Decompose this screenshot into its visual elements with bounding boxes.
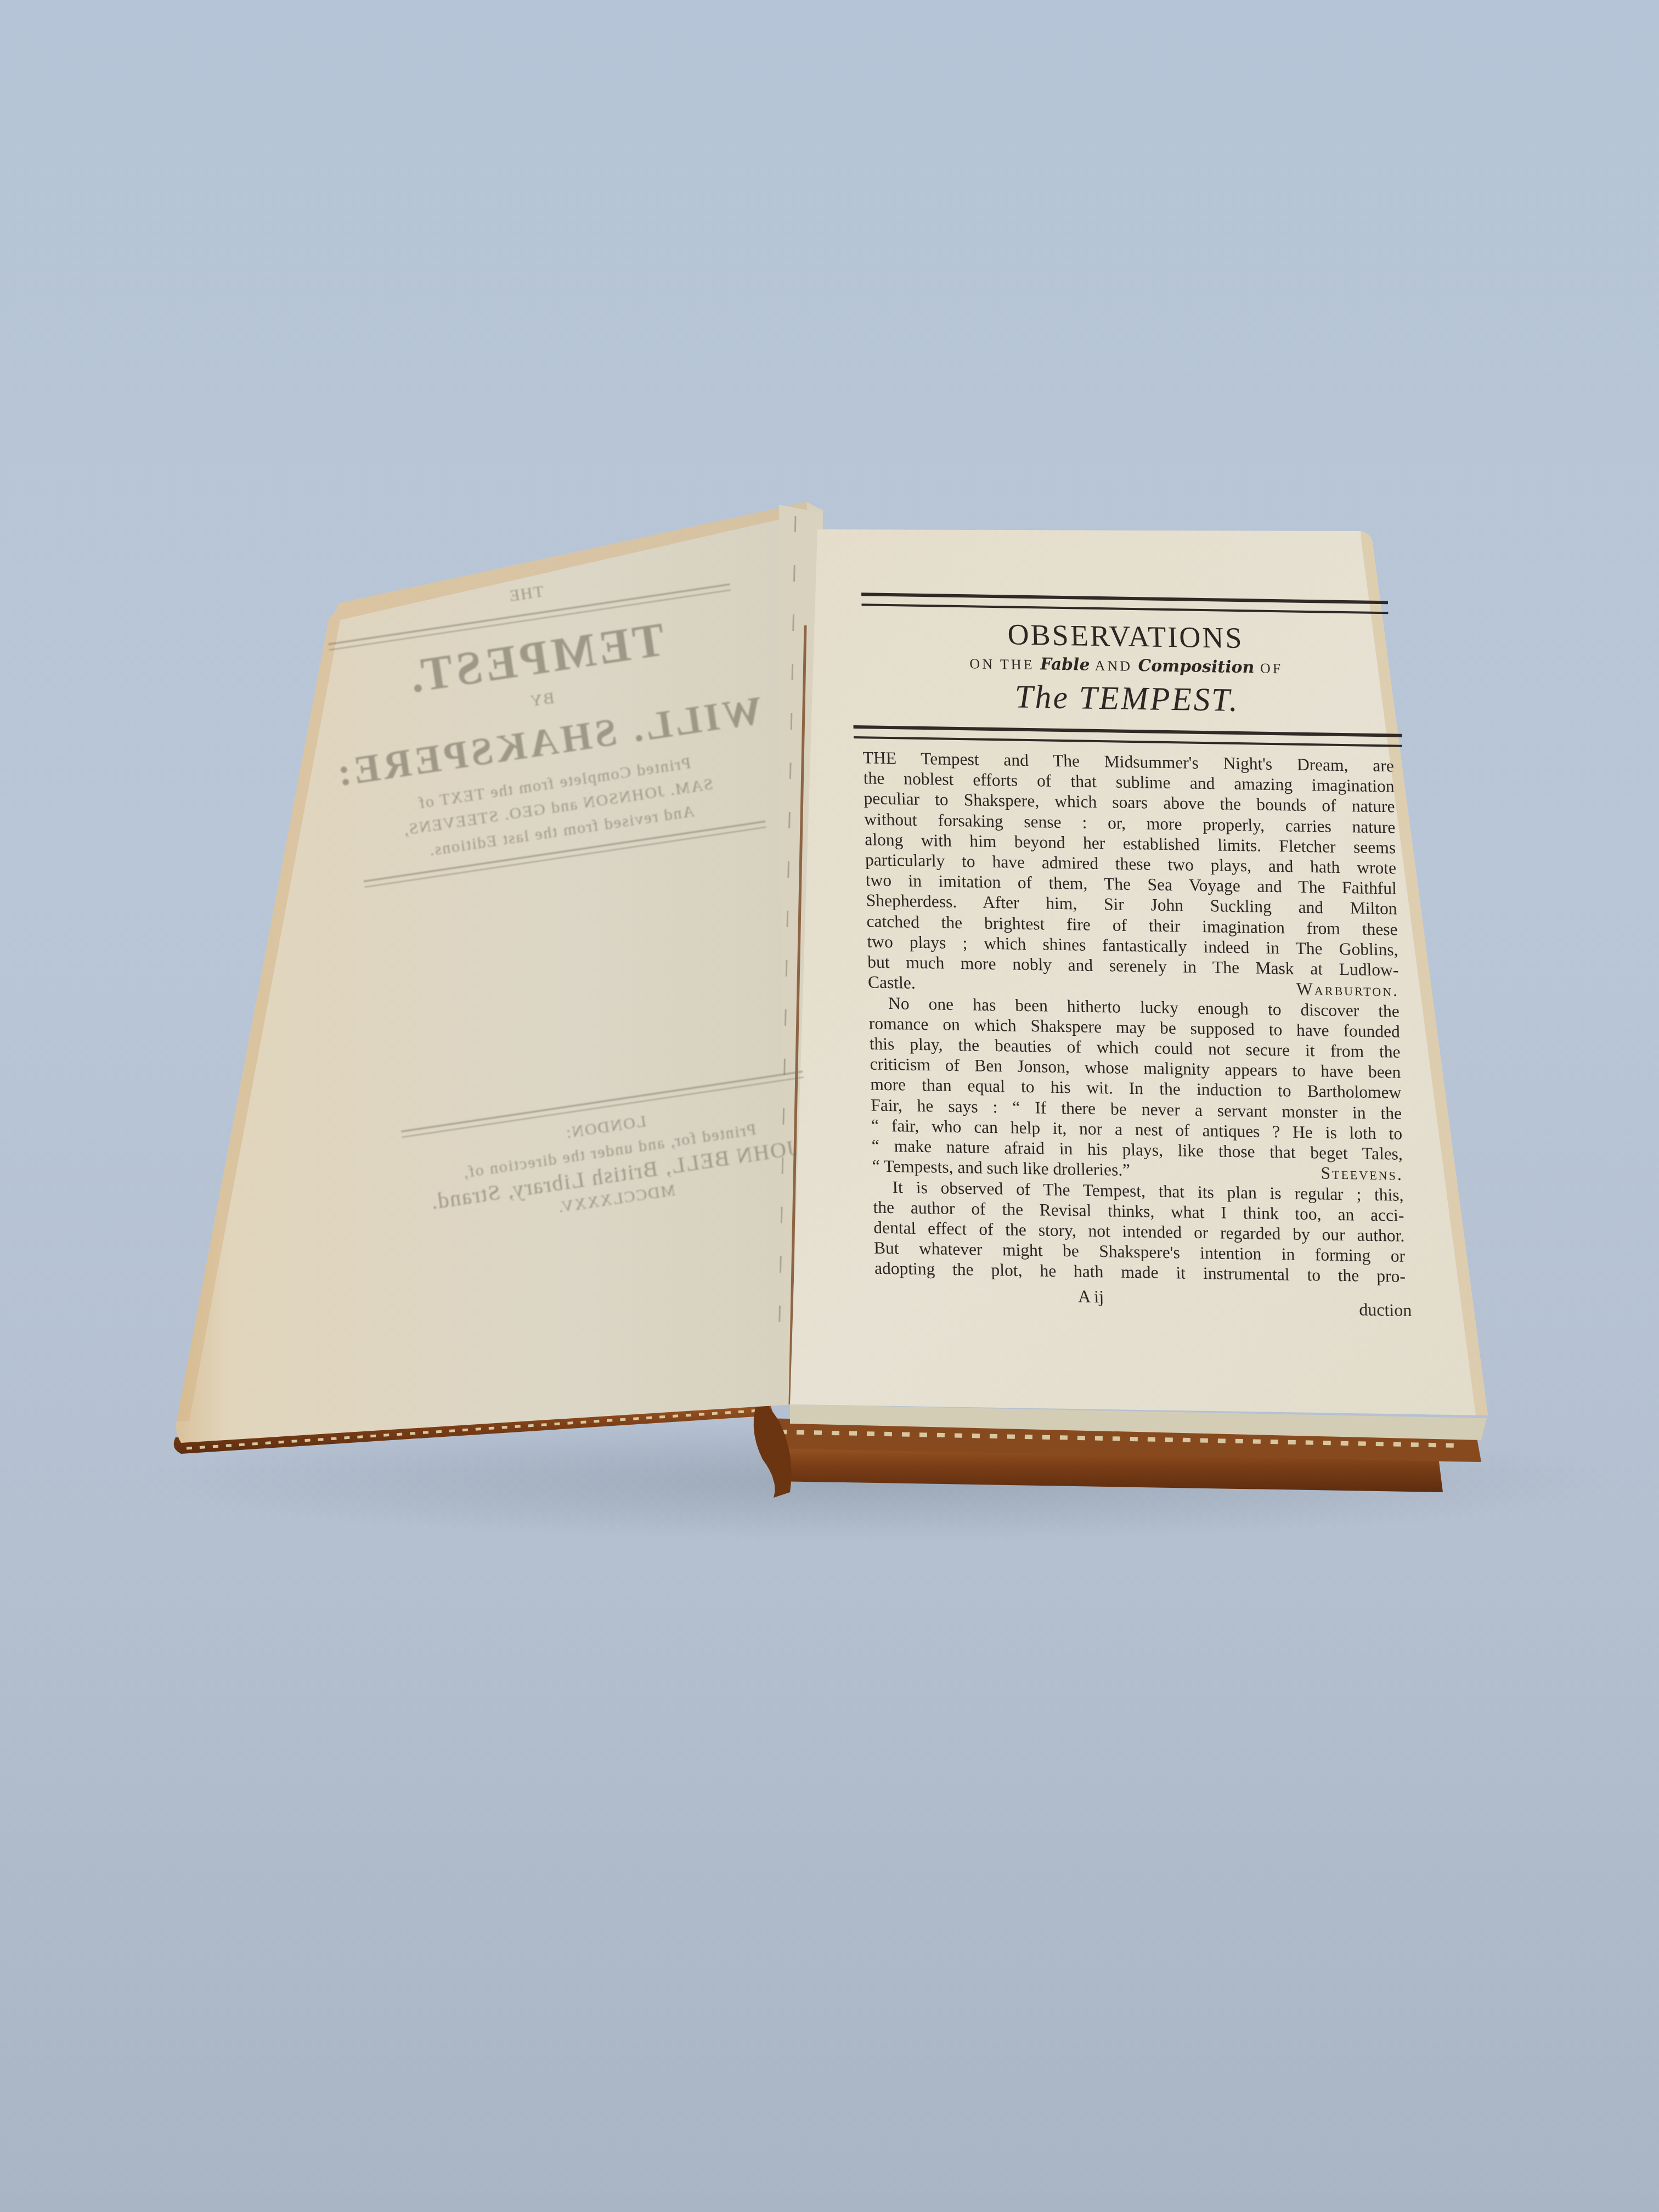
heading-title: OBSERVATIONS	[856, 616, 1395, 657]
signature-mark: A ij	[1078, 1286, 1104, 1307]
heading-subtitle: ON THE Fable AND Composition OF	[857, 652, 1395, 679]
paragraph-revisal: It is observed of The Tempest, that its …	[872, 1176, 1406, 1286]
subtitle-blackletter-fable: Fable	[1040, 654, 1090, 674]
photo-scene: THE TEMPEST. BY WILL. SHAKSPERE: Printed…	[0, 0, 1659, 2212]
open-book	[0, 0, 1659, 2212]
heading-play-title: The TEMPEST.	[857, 675, 1396, 721]
subtitle-text: AND	[1094, 658, 1132, 674]
catchword: duction	[1359, 1299, 1412, 1321]
left-page-bleed-through: THE TEMPEST. BY WILL. SHAKSPERE: Printed…	[307, 550, 836, 1244]
subtitle-text: ON THE	[969, 656, 1035, 673]
subtitle-blackletter-composition: Composition	[1138, 656, 1255, 677]
paragraph-steevens: No one has been hitherto lucky enough to…	[868, 992, 1403, 1184]
header-rule-bottom	[853, 725, 1402, 747]
subtitle-text: OF	[1260, 661, 1283, 677]
right-page-content: OBSERVATIONS ON THE Fable AND Compositio…	[856, 592, 1409, 1313]
body-text: THE Tempest and The Midsummer's Night's …	[859, 747, 1409, 1313]
paragraph-warburton: THE Tempest and The Midsummer's Night's …	[862, 747, 1399, 1001]
